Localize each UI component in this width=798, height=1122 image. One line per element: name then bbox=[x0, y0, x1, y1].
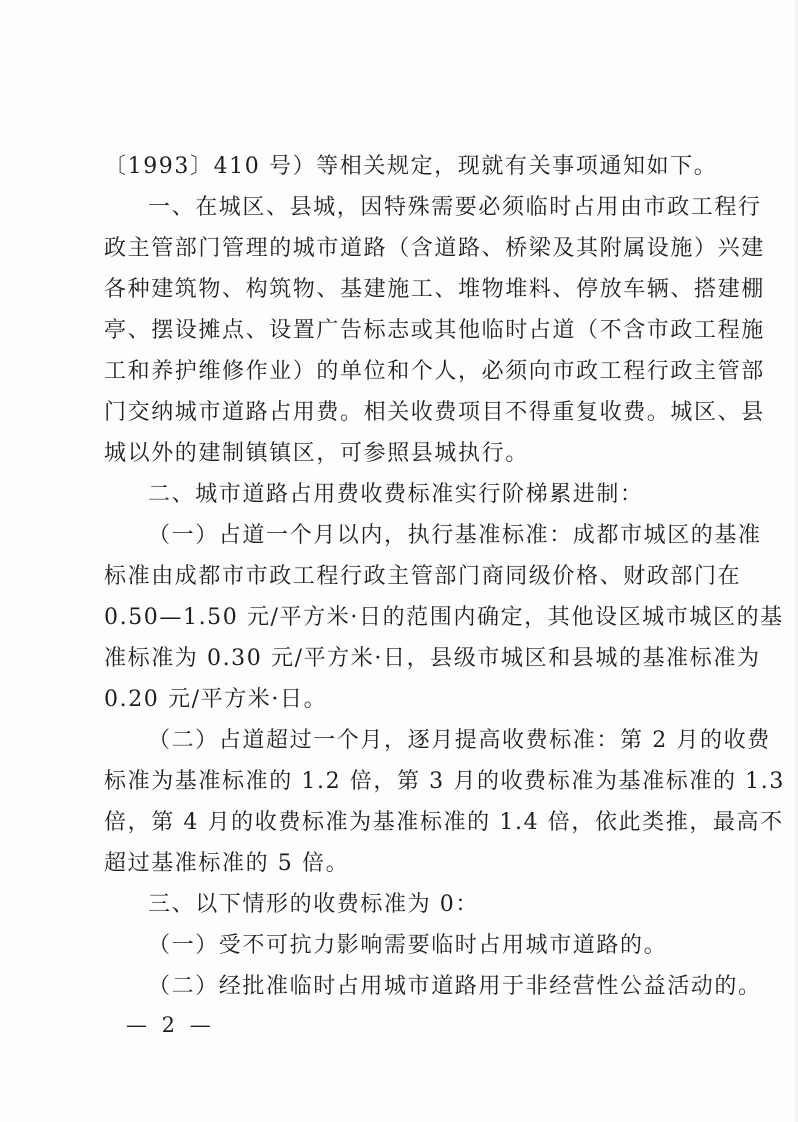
text-line: 准标准为 0.30 元/平方米·日，县级市城区和县城的基准标准为 bbox=[104, 644, 761, 674]
text-line: 亭、摆设摊点、设置广告标志或其他临时占道（不含市政工程施 bbox=[104, 316, 765, 346]
text-line: 工和养护维修作业）的单位和个人，必须向市政工程行政主管部 bbox=[104, 357, 765, 387]
text-line: 0.20 元/平方米·日。 bbox=[104, 685, 327, 715]
section-1-heading: 一、在城区、县城，因特殊需要必须临时占用由市政工程行 bbox=[148, 193, 762, 223]
text-line: 各种建筑物、构筑物、基建施工、堆物堆料、停放车辆、搭建棚 bbox=[104, 275, 765, 305]
subsection-3-2: （二）经批准临时占用城市道路用于非经营性公益活动的。 bbox=[148, 972, 762, 1002]
text-line: 标准由成都市市政工程行政主管部门商同级价格、财政部门在 bbox=[104, 562, 741, 592]
subsection-2-2: （二）占道超过一个月，逐月提高收费标准：第 2 月的收费 bbox=[148, 726, 771, 756]
text-line: 政主管部门管理的城市道路（含道路、桥梁及其附属设施）兴建 bbox=[104, 234, 765, 264]
page-edge-shadow bbox=[792, 0, 798, 1122]
section-2-heading: 二、城市道路占用费收费标准实行阶梯累进制： bbox=[148, 480, 644, 510]
section-3-heading: 三、以下情形的收费标准为 0： bbox=[148, 890, 479, 920]
text-line: 城以外的建制镇镇区，可参照县城执行。 bbox=[104, 439, 529, 469]
text-line: 倍，第 4 月的收费标准为基准标准的 1.4 倍，依此类推，最高不 bbox=[104, 808, 784, 838]
text-line: 门交纳城市道路占用费。相关收费项目不得重复收费。城区、县 bbox=[104, 398, 765, 428]
text-line: 标准为基准标准的 1.2 倍，第 3 月的收费标准为基准标准的 1.3 bbox=[104, 767, 785, 797]
text-line: 〔1993〕410 号）等相关规定，现就有关事项通知如下。 bbox=[104, 152, 717, 182]
text-line: 超过基准标准的 5 倍。 bbox=[104, 849, 349, 879]
document-page: 〔1993〕410 号）等相关规定，现就有关事项通知如下。 一、在城区、县城，因… bbox=[0, 0, 798, 1122]
page-number: — 2 — bbox=[126, 1010, 215, 1040]
subsection-2-1: （一）占道一个月以内，执行基准标准：成都市城区的基准 bbox=[148, 521, 762, 551]
subsection-3-1: （一）受不可抗力影响需要临时占用城市道路的。 bbox=[148, 931, 667, 961]
text-line: 0.50—1.50 元/平方米·日的范围内确定，其他设区城市城区的基 bbox=[104, 603, 784, 633]
